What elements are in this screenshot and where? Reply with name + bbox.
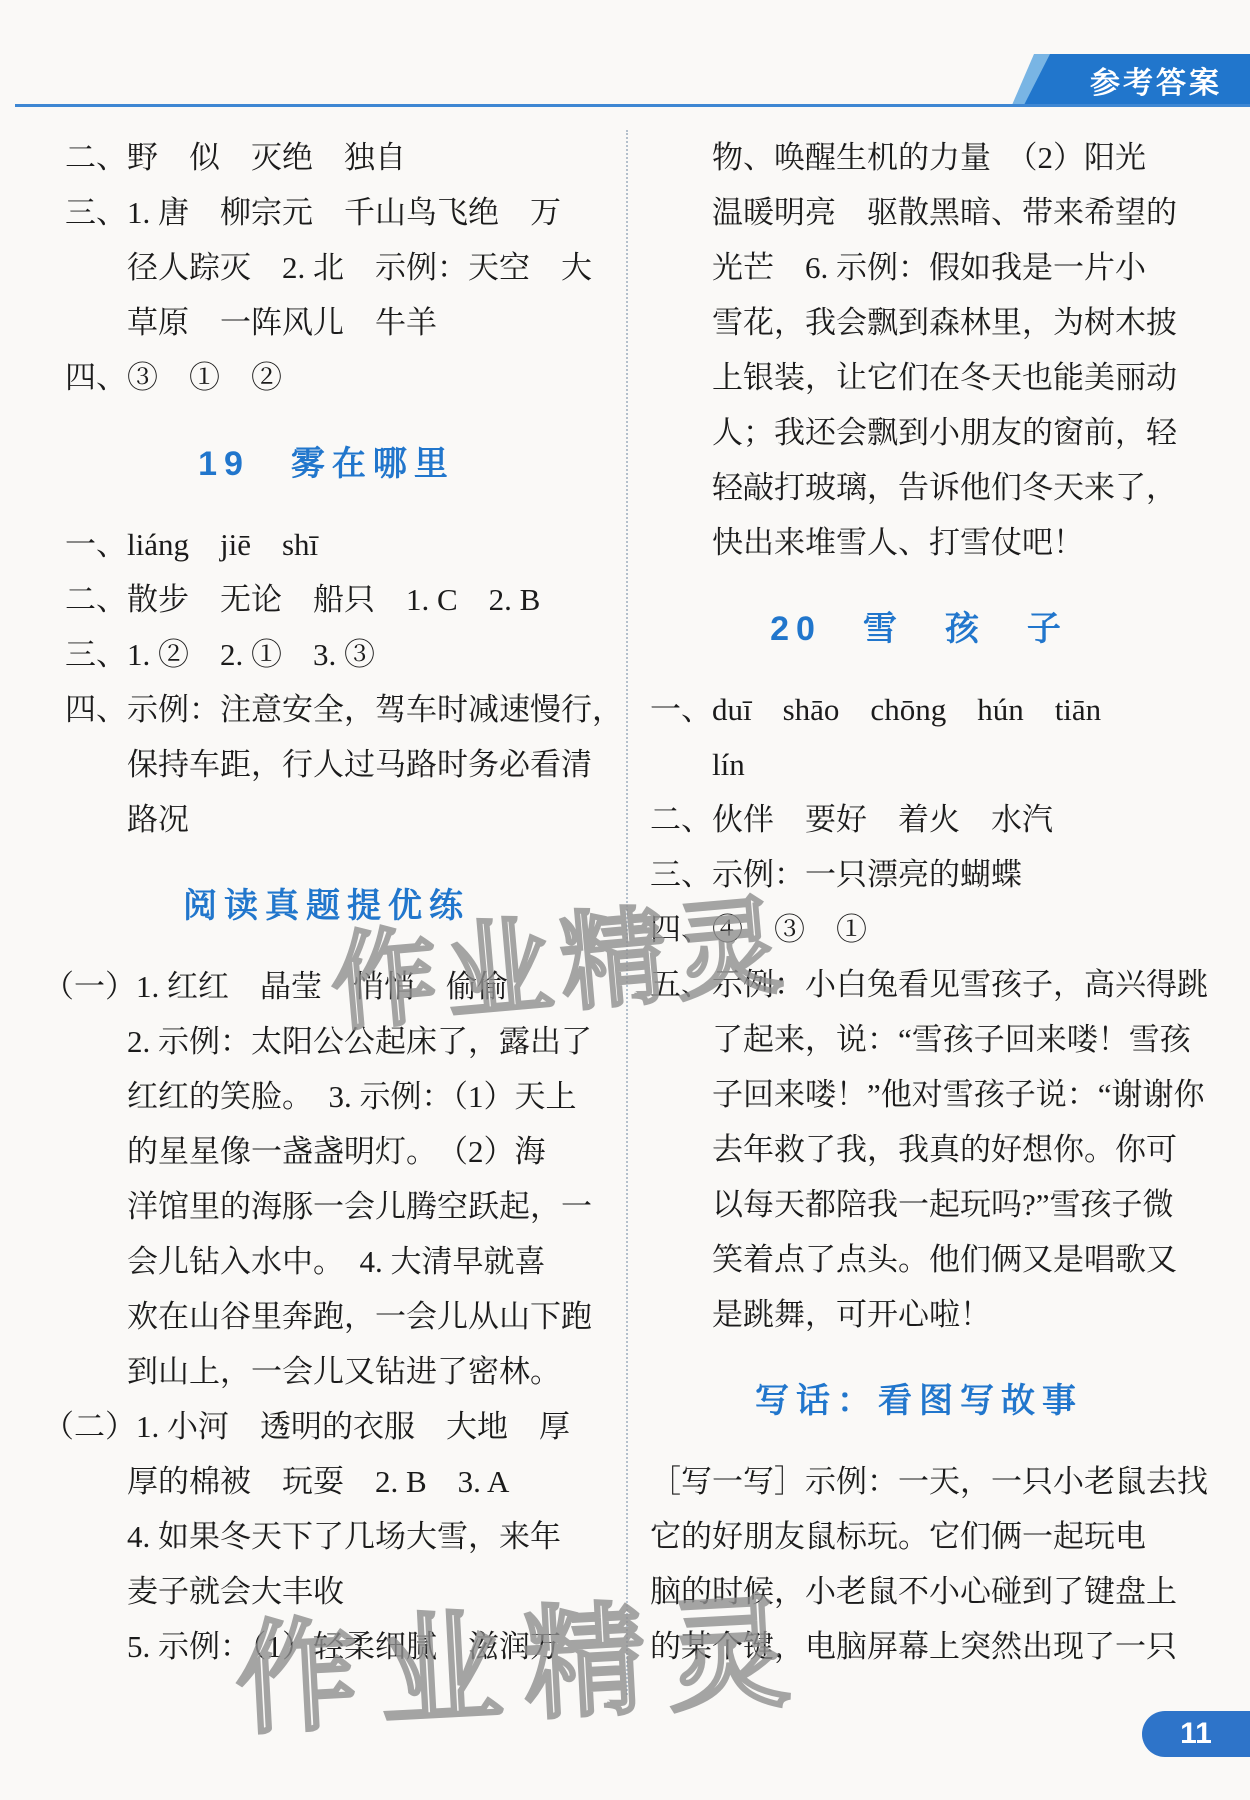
answer-line: 4. 如果冬天下了几场大雪，来年 bbox=[65, 1509, 588, 1564]
left-column: 二、野 似 灭绝 独自三、1. 唐 柳宗元 千山鸟飞绝 万径人踪灭 2. 北 示… bbox=[65, 130, 588, 1674]
answer-line: 三、示例：一只漂亮的蝴蝶 bbox=[650, 847, 1188, 902]
answer-line: 一、liáng jiē shī bbox=[65, 517, 588, 572]
answer-line: 2. 示例：太阳公公起床了，露出了 bbox=[65, 1014, 588, 1069]
answer-line: 径人踪灭 2. 北 示例：天空 大 bbox=[65, 240, 588, 295]
answer-line: 红红的笑脸。 3. 示例：（1）天上 bbox=[65, 1069, 588, 1124]
answer-line: 四、示例：注意安全，驾车时减速慢行， bbox=[65, 682, 588, 737]
answer-line: 到山上，一会儿又钻进了密林。 bbox=[65, 1344, 588, 1399]
answer-line: 二、散步 无论 船只 1. C 2. B bbox=[65, 572, 588, 627]
section-heading: 20 雪 孩 子 bbox=[650, 604, 1188, 654]
answer-line: 雪花，我会飘到森林里，为树木披 bbox=[650, 295, 1188, 350]
answer-line: 是跳舞，可开心啦！ bbox=[650, 1287, 1188, 1342]
answer-line: 四、③ ① ② bbox=[65, 350, 588, 405]
answer-line: 保持车距，行人过马路时务必看清 bbox=[65, 737, 588, 792]
answer-line: 笑着点了点头。他们俩又是唱歌又 bbox=[650, 1232, 1188, 1287]
answers-header-label: 参考答案 bbox=[1090, 58, 1250, 102]
answer-line: 的星星像一盏盏明灯。 （2）海 bbox=[65, 1124, 588, 1179]
answer-line: 去年救了我，我真的好想你。你可 bbox=[650, 1122, 1188, 1177]
answer-line: 光芒 6. 示例：假如我是一片小 bbox=[650, 240, 1188, 295]
answer-line: 的某个键，电脑屏幕上突然出现了一只 bbox=[650, 1619, 1188, 1674]
answer-line: 温暖明亮 驱散黑暗、带来希望的 bbox=[650, 185, 1188, 240]
answer-line: 它的好朋友鼠标玩。它们俩一起玩电 bbox=[650, 1509, 1188, 1564]
answers-content: 二、野 似 灭绝 独自三、1. 唐 柳宗元 千山鸟飞绝 万径人踪灭 2. 北 示… bbox=[0, 130, 1250, 1695]
answer-line: 麦子就会大丰收 bbox=[65, 1564, 588, 1619]
answer-line: 二、伙伴 要好 着火 水汽 bbox=[650, 792, 1188, 847]
answer-line: 上银装，让它们在冬天也能美丽动 bbox=[650, 350, 1188, 405]
answer-line: 5. 示例：（1）轻柔细腻 滋润万 bbox=[65, 1619, 588, 1674]
answer-line: ［写一写］示例：一天，一只小老鼠去找 bbox=[650, 1454, 1188, 1509]
answer-line: 草原 一阵风儿 牛羊 bbox=[65, 295, 588, 350]
header-tab-shape: 参考答案 bbox=[1024, 54, 1250, 105]
answer-line: 四、④ ③ ① bbox=[650, 902, 1188, 957]
section-heading: 阅读真题提优练 bbox=[65, 881, 588, 931]
answer-line: 三、1. ② 2. ① 3. ③ bbox=[65, 627, 588, 682]
answer-line: 路况 bbox=[65, 792, 588, 847]
answer-line: （一）1. 红红 晶莹 悄悄 偷偷 bbox=[43, 959, 588, 1014]
answer-line: 洋馆里的海豚一会儿腾空跃起，一 bbox=[65, 1179, 588, 1234]
answer-line: 厚的棉被 玩耍 2. B 3. A bbox=[65, 1454, 588, 1509]
answer-line: （二）1. 小河 透明的衣服 大地 厚 bbox=[43, 1399, 588, 1454]
header-divider-line bbox=[15, 104, 1250, 107]
answer-line: lín bbox=[650, 737, 1188, 792]
section-heading: 19 雾在哪里 bbox=[65, 439, 588, 489]
page-number: 11 bbox=[1180, 1717, 1212, 1751]
answer-line: 物、唤醒生机的力量 （2）阳光 bbox=[650, 130, 1188, 185]
section-heading: 写话：看图写故事 bbox=[650, 1376, 1188, 1426]
page-number-badge: 11 bbox=[1142, 1711, 1250, 1757]
answer-line: 人；我还会飘到小朋友的窗前，轻 bbox=[650, 405, 1188, 460]
answer-line: 以每天都陪我一起玩吗?”雪孩子微 bbox=[650, 1177, 1188, 1232]
answers-header-tab: 参考答案 bbox=[1012, 54, 1250, 105]
answer-line: 了起来，说：“雪孩子回来喽！雪孩 bbox=[650, 1012, 1188, 1067]
answer-line: 二、野 似 灭绝 独自 bbox=[65, 130, 588, 185]
answer-line: 欢在山谷里奔跑，一会儿从山下跑 bbox=[65, 1289, 588, 1344]
answer-line: 会儿钻入水中。 4. 大清早就喜 bbox=[65, 1234, 588, 1289]
answer-line: 五、示例：小白兔看见雪孩子，高兴得跳 bbox=[650, 957, 1188, 1012]
answer-line: 子回来喽！”他对雪孩子说：“谢谢你 bbox=[650, 1067, 1188, 1122]
answer-line: 快出来堆雪人、打雪仗吧！ bbox=[650, 515, 1188, 570]
column-divider bbox=[626, 130, 628, 1695]
answer-line: 脑的时候，小老鼠不小心碰到了键盘上 bbox=[650, 1564, 1188, 1619]
right-column: 物、唤醒生机的力量 （2）阳光温暖明亮 驱散黑暗、带来希望的光芒 6. 示例：假… bbox=[650, 130, 1188, 1674]
answer-line: 一、duī shāo chōng hún tiān bbox=[650, 682, 1188, 737]
answer-line: 轻敲打玻璃，告诉他们冬天来了， bbox=[650, 460, 1188, 515]
answer-line: 三、1. 唐 柳宗元 千山鸟飞绝 万 bbox=[65, 185, 588, 240]
